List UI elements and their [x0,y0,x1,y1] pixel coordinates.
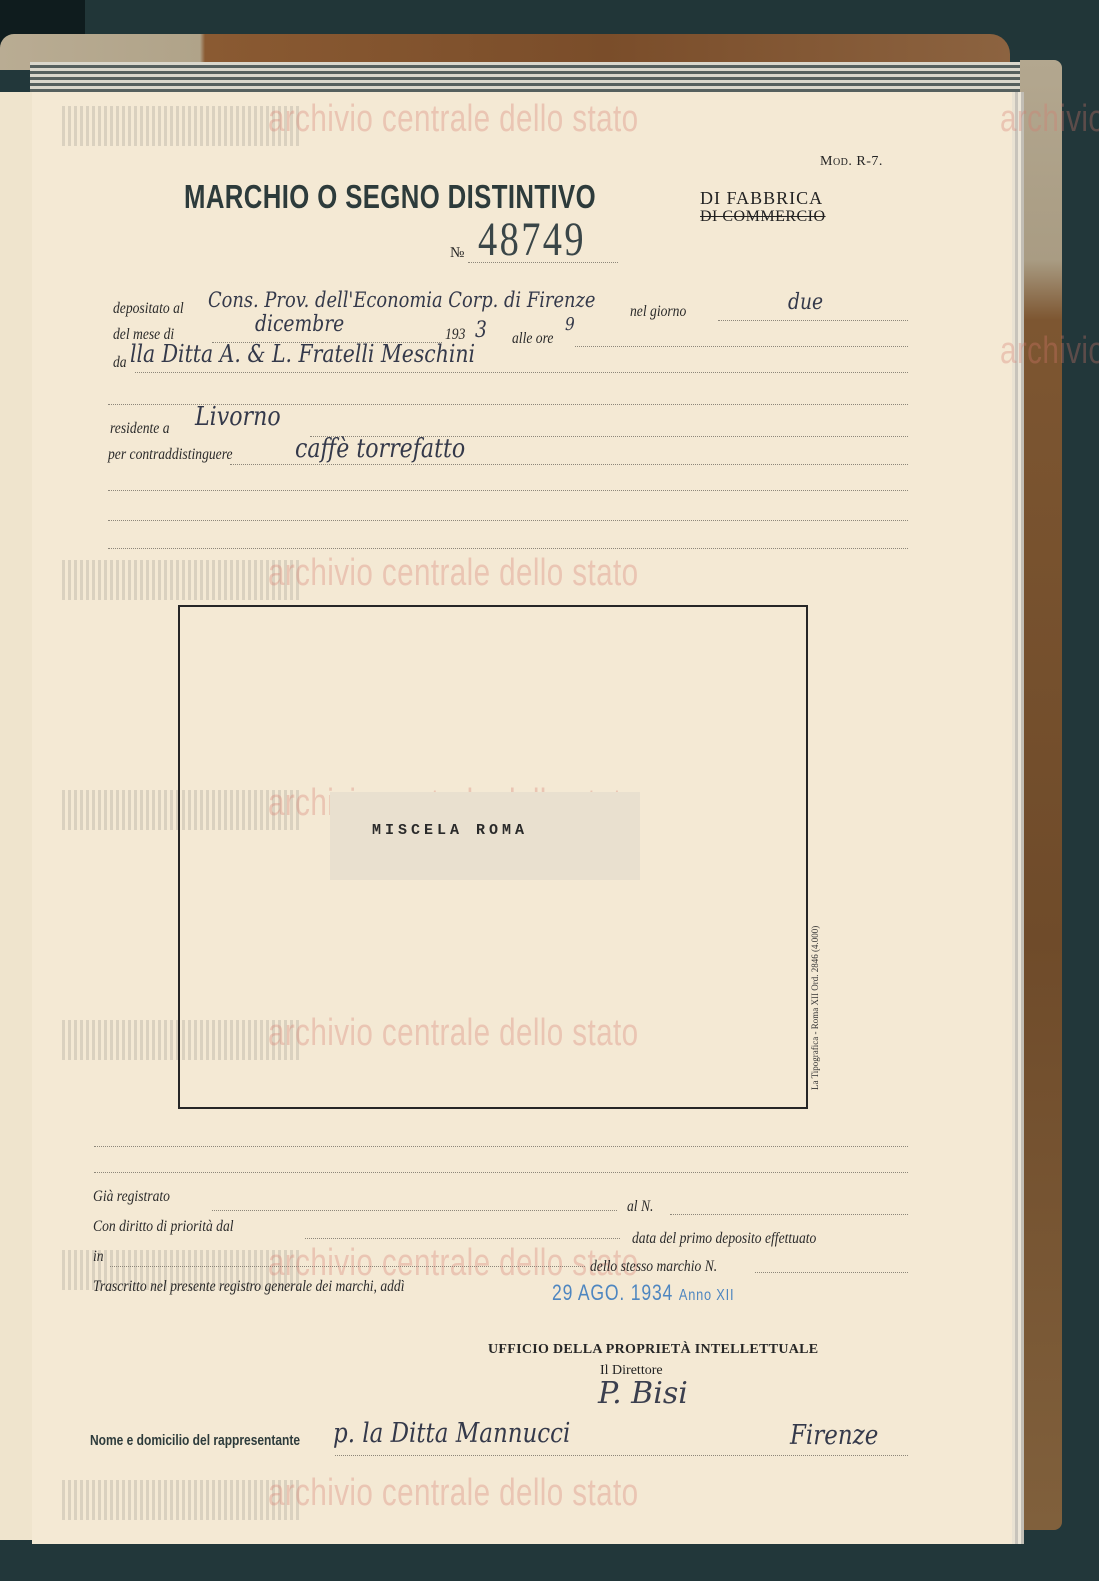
type-commercio-struck: DI COMMERCIO [700,208,826,226]
contraddistinguere-label: per contraddistinguere [108,446,233,464]
residente-label: residente a [110,420,170,438]
mese-value: dicembre [255,312,344,337]
gia-registrato-label: Già registrato [93,1188,170,1206]
ore-label: alle ore [512,330,553,348]
page-stack-edge [30,62,1020,96]
left-page-edge [0,92,33,1540]
priorita-label: Con diritto di priorità dal [93,1218,234,1236]
giorno-label: nel giorno [630,303,686,321]
da-label: da [113,354,127,372]
watermark-logo-icon [62,560,302,600]
depositato-value: Cons. Prov. dell'Economia Corp. di Firen… [208,288,595,312]
primo-deposito-label: data del primo deposito effettuato [632,1230,816,1248]
depositato-label: depositato al [113,300,184,318]
director-signature: P. Bisi [598,1376,688,1411]
watermark-text: archivio centrale dello stato [1000,330,1099,373]
model-code: Mod. R-7. [820,154,883,170]
registration-number: 48749 [478,212,586,267]
da-value: lla Ditta A. & L. Fratelli Meschini [130,340,475,368]
document-title: MARCHIO O SEGNO DISTINTIVO [184,178,596,216]
representative-value: p. la Ditta Mannucci [333,1418,570,1449]
contraddistinguere-value: caffè torrefatto [295,434,465,464]
watermark-logo-icon [62,106,302,146]
stesso-marchio-label: dello stesso marchio N. [590,1258,717,1276]
watermark-text: archivio centrale dello stato [1000,98,1099,141]
printer-note: La Tipografica - Roma XII Ord. 2846 (4.0… [810,926,820,1090]
number-symbol: № [450,245,464,262]
representative-label: Nome e domicilio del rappresentante [90,1432,300,1449]
mark-label-text: MISCELA ROMA [372,822,528,839]
representative-city: Firenze [790,1420,878,1451]
giorno-value: due [788,290,823,315]
type-fabbrica: DI FABBRICA [700,188,823,209]
residente-value: Livorno [195,402,281,432]
office-name: UFFICIO DELLA PROPRIETÀ INTELLETTUALE [488,1342,818,1358]
ore-value: 9 [565,314,575,335]
watermark-text: archivio centrale dello stato [268,552,638,595]
watermark-text: archivio centrale dello stato [268,1472,638,1515]
trascritto-label: Trascritto nel presente registro general… [93,1278,405,1296]
transcription-stamp: 29 AGO. 1934 Anno XII [552,1280,734,1306]
al-n-label: al N. [627,1198,653,1216]
stamp-date: 29 AGO. 1934 [552,1280,673,1305]
book-binding-right [1020,60,1062,1530]
anno-value: 3 [475,318,487,343]
watermark-text: archivio centrale dello stato [268,98,638,141]
in-label: in [93,1248,104,1266]
watermark-logo-icon [62,1480,302,1520]
stamp-year: Anno XII [679,1287,735,1304]
